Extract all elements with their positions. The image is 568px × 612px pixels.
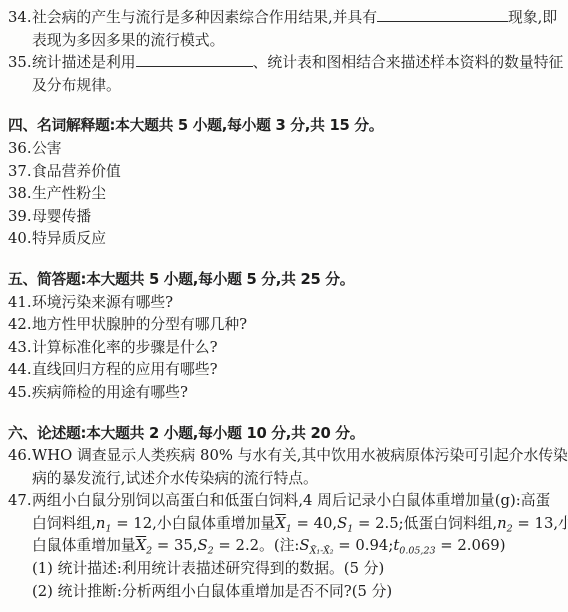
question-36: 36.公害	[8, 138, 566, 161]
math-segment: = 2.5;低蛋白饲料组,	[353, 515, 497, 532]
question-45-number: 45.	[8, 382, 32, 405]
question-42-text: 地方性甲状腺肿的分型有哪几种?	[32, 316, 247, 333]
question-46-number: 46.	[8, 445, 32, 468]
question-42: 42.地方性甲状腺肿的分型有哪几种?	[8, 314, 566, 337]
math-segment: S	[198, 537, 208, 554]
math-segment: = 0.94;	[334, 537, 394, 554]
question-43-text: 计算标准化率的步骤是什么?	[32, 339, 218, 356]
question-44-number: 44.	[8, 359, 32, 382]
section-6-heading: 六、论述题:本大题共 2 小题,每小题 10 分,共 20 分。	[8, 423, 566, 446]
math-segment: n	[497, 515, 507, 532]
math-segment: S	[299, 537, 309, 554]
question-41-number: 41.	[8, 292, 32, 315]
math-segment: 0.05,23	[399, 546, 435, 557]
question-44: 44.直线回归方程的应用有哪些?	[8, 359, 566, 382]
question-47-text: 两组小白鼠分别饲以高蛋白和低蛋白饲料,4 周后记录小白鼠体重增加量(g):高蛋	[32, 492, 550, 509]
question-47-number: 47.	[8, 490, 32, 513]
question-40-text: 特异质反应	[32, 230, 106, 247]
math-segment: = 40,	[292, 515, 337, 532]
question-34-text-after-blank: 现象,即	[508, 9, 557, 26]
question-36-text: 公害	[32, 140, 62, 157]
question-35-text-before-blank: 统计描述是利用	[32, 54, 136, 71]
question-38-number: 38.	[8, 183, 32, 206]
question-35-number: 35.	[8, 52, 32, 75]
question-37: 37.食品营养价值	[8, 161, 566, 184]
question-47-line-2-math: 白饲料组,n1 = 12,小白鼠体重增加量X1 = 40,S1 = 2.5;低蛋…	[8, 513, 566, 536]
question-39-number: 39.	[8, 206, 32, 229]
question-47-subquestion-2: (2) 统计推断:分析两组小白鼠体重增加是否不同?(5 分)	[8, 581, 566, 604]
question-47-line-1: 47.两组小白鼠分别饲以高蛋白和低蛋白饲料,4 周后记录小白鼠体重增加量(g):…	[8, 490, 566, 513]
section-5-heading: 五、简答题:本大题共 5 小题,每小题 5 分,共 25 分。	[8, 269, 566, 292]
exam-page: { "document": { "q34": { "number": "34."…	[0, 0, 568, 612]
question-42-number: 42.	[8, 314, 32, 337]
question-37-text: 食品营养价值	[32, 163, 121, 180]
math-segment: = 12,小白鼠体重增加量	[111, 515, 275, 532]
fill-in-blank-34	[377, 9, 508, 22]
question-37-number: 37.	[8, 161, 32, 184]
question-38: 38.生产性粉尘	[8, 183, 566, 206]
math-segment: X	[275, 515, 286, 532]
question-34-number: 34.	[8, 7, 32, 30]
math-segment: = 2.069)	[436, 537, 506, 554]
exam-document: 34.社会病的产生与流行是多种因素综合作用结果,并具有现象,即 表现为多因多果的…	[0, 0, 568, 603]
question-35-line-2: 及分布规律。	[8, 75, 566, 98]
question-43-number: 43.	[8, 337, 32, 360]
question-39: 39.母婴传播	[8, 206, 566, 229]
math-segment: S	[337, 515, 347, 532]
question-35-text-after-blank: 、统计表和图相结合来描述样本资料的数量特征	[253, 54, 564, 71]
question-44-text: 直线回归方程的应用有哪些?	[32, 361, 218, 378]
math-segment: = 13,小	[513, 515, 568, 532]
math-segment: X̄₁-X̄₂	[310, 546, 334, 557]
question-34-line-1: 34.社会病的产生与流行是多种因素综合作用结果,并具有现象,即	[8, 7, 566, 30]
math-segment: = 2.2。(注:	[214, 537, 300, 554]
math-segment: = 35,	[152, 537, 197, 554]
math-segment: X	[136, 537, 147, 554]
question-47-subquestion-1: (1) 统计描述:利用统计表描述研究得到的数据。(5 分)	[8, 558, 566, 581]
question-46-text: WHO 调查显示人类疾病 80% 与水有关,其中饮用水被病原体污染可引起介水传染	[32, 447, 568, 464]
question-36-number: 36.	[8, 138, 32, 161]
question-38-text: 生产性粉尘	[32, 185, 106, 202]
math-segment: n	[96, 515, 106, 532]
question-46-line-1: 46.WHO 调查显示人类疾病 80% 与水有关,其中饮用水被病原体污染可引起介…	[8, 445, 566, 468]
question-47-line-3-math: 白鼠体重增加量X2 = 35,S2 = 2.2。(注:SX̄₁-X̄₂ = 0.…	[8, 535, 566, 558]
section-4-heading: 四、名词解释题:本大题共 5 小题,每小题 3 分,共 15 分。	[8, 115, 566, 138]
question-46-line-2: 病的暴发流行,试述介水传染病的流行特点。	[8, 468, 566, 491]
question-35-line-1: 35.统计描述是利用、统计表和图相结合来描述样本资料的数量特征	[8, 52, 566, 75]
question-40-number: 40.	[8, 228, 32, 251]
math-segment: 白饲料组,	[32, 515, 96, 532]
question-39-text: 母婴传播	[32, 208, 91, 225]
question-40: 40.特异质反应	[8, 228, 566, 251]
question-34-text-before-blank: 社会病的产生与流行是多种因素综合作用结果,并具有	[32, 9, 377, 26]
question-43: 43.计算标准化率的步骤是什么?	[8, 337, 566, 360]
question-45: 45.疾病筛检的用途有哪些?	[8, 382, 566, 405]
question-34-line-2: 表现为多因多果的流行模式。	[8, 30, 566, 53]
math-segment: 白鼠体重增加量	[32, 537, 136, 554]
question-41-text: 环境污染来源有哪些?	[32, 294, 173, 311]
fill-in-blank-35	[136, 54, 253, 67]
question-45-text: 疾病筛检的用途有哪些?	[32, 384, 188, 401]
question-41: 41.环境污染来源有哪些?	[8, 292, 566, 315]
